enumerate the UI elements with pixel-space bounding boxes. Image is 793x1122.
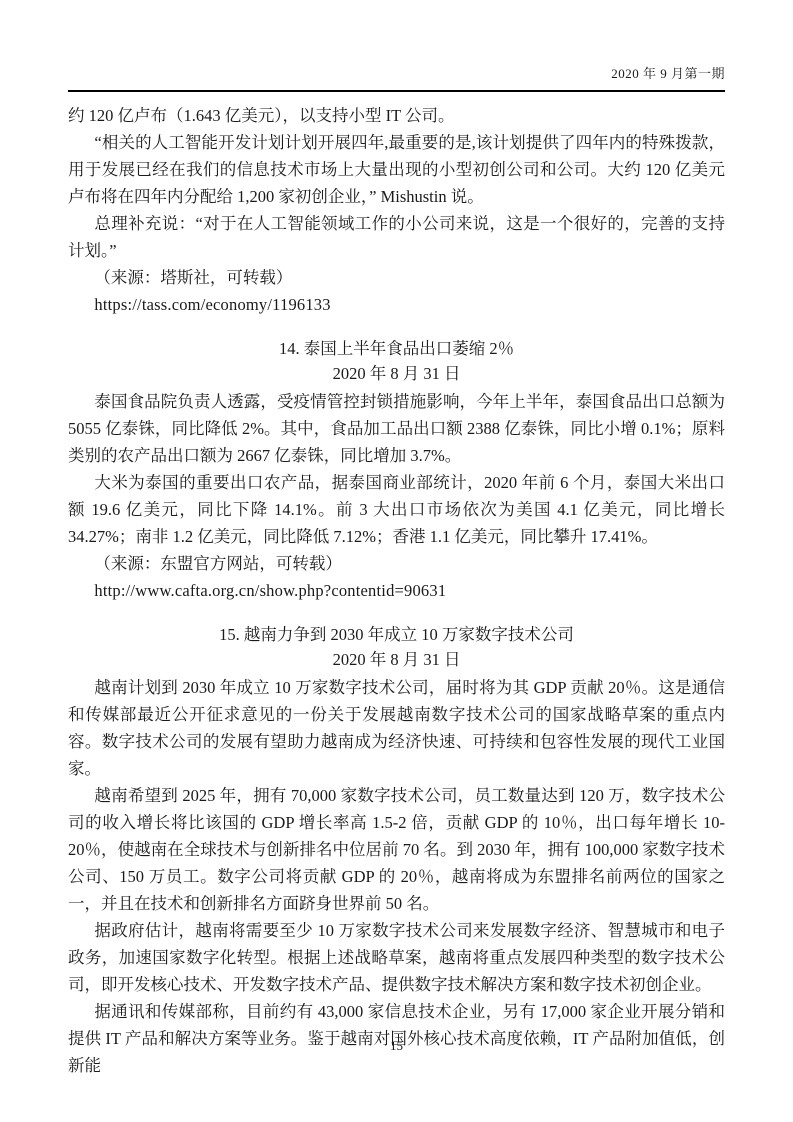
page-content: 约 120 亿卢布（1.643 亿美元），以支持小型 IT 公司。 “相关的人工…	[68, 102, 725, 1079]
source-url: http://www.cafta.org.cn/show.php?content…	[68, 577, 725, 604]
source-line: （来源：塔斯社，可转载）	[68, 264, 725, 291]
article-date: 2020 年 8 月 31 日	[68, 361, 725, 386]
paragraph: 大米为泰国的重要出口农产品，据泰国商业部统计，2020 年前 6 个月，泰国大米…	[68, 469, 725, 550]
page-number: 15	[390, 1038, 403, 1053]
paragraph: 总理补充说：“对于在人工智能领域工作的小公司来说，这是一个很好的，完善的支持计划…	[68, 210, 725, 264]
paragraph: 越南希望到 2025 年，拥有 70,000 家数字技术公司，员工数量达到 12…	[68, 782, 725, 917]
paragraph: 泰国食品院负责人透露，受疫情管控封锁措施影响，今年上半年，泰国食品出口总额为 5…	[68, 388, 725, 469]
paragraph: “相关的人工智能开发计划计划开展四年,最重要的是,该计划提供了四年内的特殊拨款，…	[68, 129, 725, 210]
article-continuation: 约 120 亿卢布（1.643 亿美元），以支持小型 IT 公司。 “相关的人工…	[68, 102, 725, 318]
source-url: https://tass.com/economy/1196133	[68, 291, 725, 318]
header-divider	[68, 90, 725, 92]
article-title: 14. 泰国上半年食品出口萎缩 2％	[68, 336, 725, 361]
paragraph: 越南计划到 2030 年成立 10 万家数字技术公司，届时将为其 GDP 贡献 …	[68, 674, 725, 782]
page-footer: 15	[0, 1038, 793, 1054]
article-14: 14. 泰国上半年食品出口萎缩 2％ 2020 年 8 月 31 日 泰国食品院…	[68, 336, 725, 604]
article-date: 2020 年 8 月 31 日	[68, 647, 725, 672]
article-title: 15. 越南力争到 2030 年成立 10 万家数字技术公司	[68, 622, 725, 647]
source-line: （来源：东盟官方网站，可转载）	[68, 550, 725, 577]
issue-header: 2020 年 9 月第一期	[611, 66, 725, 82]
document-page: 2020 年 9 月第一期 约 120 亿卢布（1.643 亿美元），以支持小型…	[0, 0, 793, 1122]
paragraph: 据政府估计，越南将需要至少 10 万家数字技术公司来发展数字经济、智慧城市和电子…	[68, 917, 725, 998]
paragraph: 约 120 亿卢布（1.643 亿美元），以支持小型 IT 公司。	[68, 102, 725, 129]
article-15: 15. 越南力争到 2030 年成立 10 万家数字技术公司 2020 年 8 …	[68, 622, 725, 1079]
